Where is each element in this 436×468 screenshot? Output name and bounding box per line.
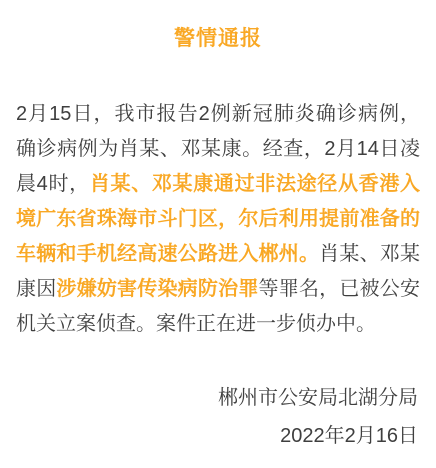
- notice-date: 2022年2月16日: [16, 424, 420, 448]
- notice-signature: 郴州市公安局北湖分局: [16, 386, 420, 410]
- body-segment-highlight: 涉嫌妨害传染病防治罪: [56, 278, 258, 300]
- police-notice: 警情通报 2月15日，我市报告2例新冠肺炎确诊病例，确诊病例为肖某、邓某康。经查…: [0, 0, 436, 468]
- notice-body: 2月15日，我市报告2例新冠肺炎确诊病例，确诊病例为肖某、邓某康。经查，2月14…: [16, 51, 420, 342]
- notice-title: 警情通报: [16, 0, 420, 51]
